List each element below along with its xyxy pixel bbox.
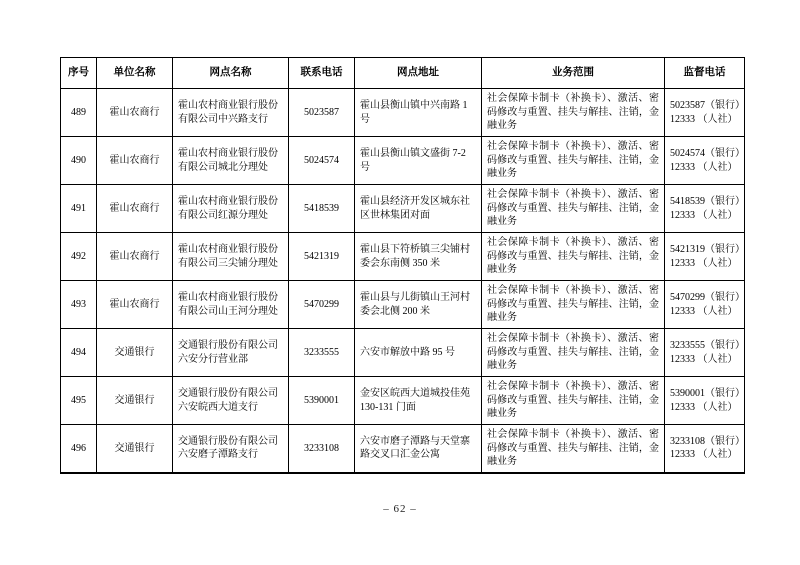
cell-seq: 496 [61,425,97,473]
cell-branch-address: 霍山县下符桥镇三尖铺村委会东南侧 350 米 [355,233,482,281]
cell-contact-phone: 5470299 [289,281,355,329]
cell-seq: 492 [61,233,97,281]
cell-branch-address: 金安区皖西大道城投佳苑 130-131 门面 [355,377,482,425]
cell-seq: 489 [61,89,97,137]
supervision-social-line: 12333 （人社） [670,448,739,462]
header-seq: 序号 [61,58,97,89]
header-business-scope: 业务范围 [482,58,665,89]
header-supervision-phone: 监督电话 [665,58,745,89]
cell-contact-phone: 3233108 [289,425,355,473]
cell-business-scope: 社会保障卡制卡（补换卡）、激活、密码修改与重置、挂失与解挂、注销，金融业务 [482,89,665,137]
cell-unit-name: 交通银行 [97,329,173,377]
table-row: 494 交通银行 交通银行股份有限公司六安分行营业部 3233555 六安市解放… [61,329,745,377]
cell-unit-name: 霍山农商行 [97,89,173,137]
table-row: 489 霍山农商行 霍山农村商业银行股份有限公司中兴路支行 5023587 霍山… [61,89,745,137]
table-body: 489 霍山农商行 霍山农村商业银行股份有限公司中兴路支行 5023587 霍山… [61,89,745,473]
header-contact-phone: 联系电话 [289,58,355,89]
cell-supervision-phone: 5023587（银行） 12333 （人社） [665,89,745,137]
supervision-bank-line: 3233108（银行） [670,435,739,449]
cell-supervision-phone: 5390001（银行） 12333 （人社） [665,377,745,425]
cell-unit-name: 霍山农商行 [97,281,173,329]
page-number: – 62 – [0,503,800,515]
header-unit-name: 单位名称 [97,58,173,89]
cell-unit-name: 霍山农商行 [97,137,173,185]
cell-branch-address: 霍山县经济开发区城东社区世林集团对面 [355,185,482,233]
cell-seq: 493 [61,281,97,329]
cell-branch-name: 交通银行股份有限公司六安皖西大道支行 [173,377,289,425]
supervision-bank-line: 5390001（银行） [670,387,739,401]
supervision-social-line: 12333 （人社） [670,113,739,127]
cell-seq: 491 [61,185,97,233]
table-row: 493 霍山农商行 霍山农村商业银行股份有限公司山王河分理处 5470299 霍… [61,281,745,329]
table-row: 490 霍山农商行 霍山农村商业银行股份有限公司城北分理处 5024574 霍山… [61,137,745,185]
table-row: 495 交通银行 交通银行股份有限公司六安皖西大道支行 5390001 金安区皖… [61,377,745,425]
cell-contact-phone: 3233555 [289,329,355,377]
header-branch-address: 网点地址 [355,58,482,89]
table-row: 492 霍山农商行 霍山农村商业银行股份有限公司三尖铺分理处 5421319 霍… [61,233,745,281]
cell-supervision-phone: 3233555（银行） 12333 （人社） [665,329,745,377]
cell-supervision-phone: 3233108（银行） 12333 （人社） [665,425,745,473]
cell-branch-name: 交通银行股份有限公司六安磨子潭路支行 [173,425,289,473]
supervision-social-line: 12333 （人社） [670,257,739,271]
cell-business-scope: 社会保障卡制卡（补换卡）、激活、密码修改与重置、挂失与解挂、注销，金融业务 [482,233,665,281]
cell-unit-name: 霍山农商行 [97,233,173,281]
header-row: 序号 单位名称 网点名称 联系电话 网点地址 业务范围 监督电话 [61,58,745,89]
cell-business-scope: 社会保障卡制卡（补换卡）、激活、密码修改与重置、挂失与解挂、注销，金融业务 [482,425,665,473]
cell-branch-name: 霍山农村商业银行股份有限公司城北分理处 [173,137,289,185]
supervision-bank-line: 5470299（银行） [670,291,739,305]
supervision-social-line: 12333 （人社） [670,305,739,319]
cell-unit-name: 交通银行 [97,377,173,425]
document-page: 序号 单位名称 网点名称 联系电话 网点地址 业务范围 监督电话 489 霍山农… [0,0,800,565]
cell-branch-name: 霍山农村商业银行股份有限公司中兴路支行 [173,89,289,137]
cell-contact-phone: 5024574 [289,137,355,185]
table-row: 496 交通银行 交通银行股份有限公司六安磨子潭路支行 3233108 六安市磨… [61,425,745,473]
supervision-bank-line: 5023587（银行） [670,99,739,113]
cell-branch-name: 霍山农村商业银行股份有限公司山王河分理处 [173,281,289,329]
service-points-table: 序号 单位名称 网点名称 联系电话 网点地址 业务范围 监督电话 489 霍山农… [60,57,745,474]
cell-contact-phone: 5390001 [289,377,355,425]
cell-supervision-phone: 5421319（银行） 12333 （人社） [665,233,745,281]
cell-contact-phone: 5421319 [289,233,355,281]
cell-supervision-phone: 5024574（银行） 12333 （人社） [665,137,745,185]
supervision-social-line: 12333 （人社） [670,353,739,367]
cell-branch-address: 六安市磨子潭路与天堂寨路交叉口汇金公寓 [355,425,482,473]
cell-branch-address: 六安市解放中路 95 号 [355,329,482,377]
cell-business-scope: 社会保障卡制卡（补换卡）、激活、密码修改与重置、挂失与解挂、注销，金融业务 [482,185,665,233]
cell-business-scope: 社会保障卡制卡（补换卡）、激活、密码修改与重置、挂失与解挂、注销，金融业务 [482,137,665,185]
cell-unit-name: 霍山农商行 [97,185,173,233]
cell-branch-name: 交通银行股份有限公司六安分行营业部 [173,329,289,377]
supervision-bank-line: 5024574（银行） [670,147,739,161]
supervision-social-line: 12333 （人社） [670,401,739,415]
cell-contact-phone: 5418539 [289,185,355,233]
cell-contact-phone: 5023587 [289,89,355,137]
table-header: 序号 单位名称 网点名称 联系电话 网点地址 业务范围 监督电话 [61,58,745,89]
supervision-social-line: 12333 （人社） [670,161,739,175]
cell-business-scope: 社会保障卡制卡（补换卡）、激活、密码修改与重置、挂失与解挂、注销，金融业务 [482,281,665,329]
supervision-bank-line: 3233555（银行） [670,339,739,353]
table-row: 491 霍山农商行 霍山农村商业银行股份有限公司红源分理处 5418539 霍山… [61,185,745,233]
cell-branch-address: 霍山县衡山镇中兴南路 1 号 [355,89,482,137]
cell-supervision-phone: 5470299（银行） 12333 （人社） [665,281,745,329]
supervision-bank-line: 5418539（银行） [670,195,739,209]
cell-branch-name: 霍山农村商业银行股份有限公司三尖铺分理处 [173,233,289,281]
cell-seq: 495 [61,377,97,425]
cell-seq: 490 [61,137,97,185]
cell-business-scope: 社会保障卡制卡（补换卡）、激活、密码修改与重置、挂失与解挂、注销，金融业务 [482,377,665,425]
header-branch-name: 网点名称 [173,58,289,89]
cell-unit-name: 交通银行 [97,425,173,473]
cell-branch-address: 霍山县衡山镇文盛街 7-2 号 [355,137,482,185]
cell-seq: 494 [61,329,97,377]
cell-supervision-phone: 5418539（银行） 12333 （人社） [665,185,745,233]
supervision-bank-line: 5421319（银行） [670,243,739,257]
supervision-social-line: 12333 （人社） [670,209,739,223]
cell-branch-address: 霍山县与儿街镇山王河村委会北侧 200 米 [355,281,482,329]
cell-branch-name: 霍山农村商业银行股份有限公司红源分理处 [173,185,289,233]
cell-business-scope: 社会保障卡制卡（补换卡）、激活、密码修改与重置、挂失与解挂、注销，金融业务 [482,329,665,377]
